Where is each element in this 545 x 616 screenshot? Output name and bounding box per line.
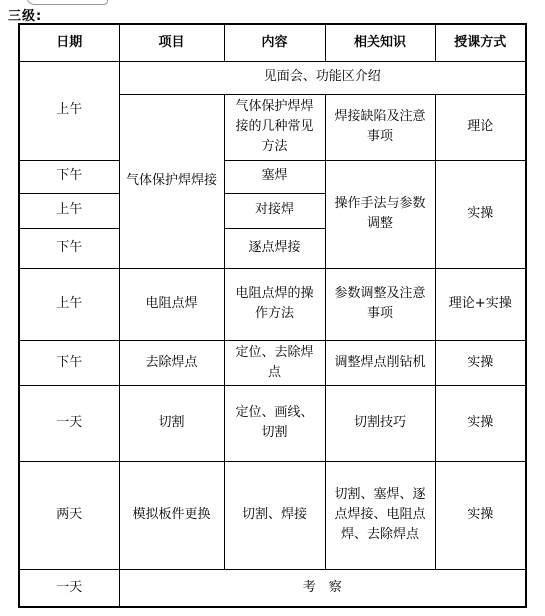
table-cell-content: 逐点焊接 <box>224 228 325 268</box>
table-cell-knowledge: 切割技巧 <box>325 385 435 461</box>
table-row: 两天 模拟板件更换 切割、焊接 切割、塞焊、逐点焊接、电阻点焊、去除焊点 实操 <box>19 461 526 569</box>
table-cell-method: 实操 <box>435 160 526 268</box>
table-cell-date: 上午 <box>19 268 119 340</box>
table-cell-content: 定位、画线、切割 <box>224 385 325 461</box>
table-cell-date: 下午 <box>19 228 119 268</box>
table-cell-merged-exam: 考 察 <box>119 569 526 607</box>
table-cell-knowledge: 焊接缺陷及注意事项 <box>325 94 435 160</box>
table-cell-content: 定位、去除焊点 <box>224 340 325 385</box>
table-cell-knowledge: 参数调整及注意事项 <box>325 268 435 340</box>
table-cell-content: 塞焊 <box>224 160 325 193</box>
document-page: 三级: 日期 项目 内容 相关知识 授课方式 上午 见面会、功能区介绍 气体保护… <box>0 0 545 616</box>
table-cell-project: 气体保护焊焊接 <box>119 94 224 268</box>
table-cell-project: 去除焊点 <box>119 340 224 385</box>
table-cell-content: 对接焊 <box>224 193 325 228</box>
table-cell-project: 切割 <box>119 385 224 461</box>
table-cell-project: 电阻点焊 <box>119 268 224 340</box>
table-row: 一天 考 察 <box>19 569 526 607</box>
table-cell-knowledge: 切割、塞焊、逐点焊接、电阻点焊、去除焊点 <box>325 461 435 569</box>
table-cell-method: 理论 <box>435 94 526 160</box>
table-cell-date: 一天 <box>19 385 119 461</box>
training-schedule-table: 日期 项目 内容 相关知识 授课方式 上午 见面会、功能区介绍 气体保护焊焊接 … <box>18 23 527 608</box>
table-cell-project: 模拟板件更换 <box>119 461 224 569</box>
table-row: 一天 切割 定位、画线、切割 切割技巧 实操 <box>19 385 526 461</box>
table-cell-date: 上午 <box>19 61 119 160</box>
table-row: 上午 见面会、功能区介绍 <box>19 61 526 94</box>
table-row: 下午 去除焊点 定位、去除焊点 调整焊点削钻机 实操 <box>19 340 526 385</box>
table-cell-method: 理论+实操 <box>435 268 526 340</box>
table-row: 上午 电阻点焊 电阻点焊的操作方法 参数调整及注意事项 理论+实操 <box>19 268 526 340</box>
table-cell-content: 气体保护焊焊接的几种常见方法 <box>224 94 325 160</box>
column-header-knowledge: 相关知识 <box>325 24 435 61</box>
table-cell-method: 实操 <box>435 385 526 461</box>
table-cell-knowledge: 操作手法与参数调整 <box>325 160 435 268</box>
table-cell-merged-intro: 见面会、功能区介绍 <box>119 61 526 94</box>
column-header-date: 日期 <box>19 24 119 61</box>
column-header-method: 授课方式 <box>435 24 526 61</box>
table-cell-date: 一天 <box>19 569 119 607</box>
section-label: 三级: <box>8 5 42 24</box>
column-header-project: 项目 <box>119 24 224 61</box>
table-cell-method: 实操 <box>435 461 526 569</box>
table-cell-date: 两天 <box>19 461 119 569</box>
table-cell-date: 下午 <box>19 340 119 385</box>
table-cell-date: 下午 <box>19 160 119 193</box>
table-header-row: 日期 项目 内容 相关知识 授课方式 <box>19 24 526 61</box>
table-cell-date: 上午 <box>19 193 119 228</box>
column-header-content: 内容 <box>224 24 325 61</box>
table-cell-content: 电阻点焊的操作方法 <box>224 268 325 340</box>
table-cell-knowledge: 调整焊点削钻机 <box>325 340 435 385</box>
table-cell-content: 切割、焊接 <box>224 461 325 569</box>
table-row: 下午 塞焊 操作手法与参数调整 实操 <box>19 160 526 193</box>
table-cell-method: 实操 <box>435 340 526 385</box>
